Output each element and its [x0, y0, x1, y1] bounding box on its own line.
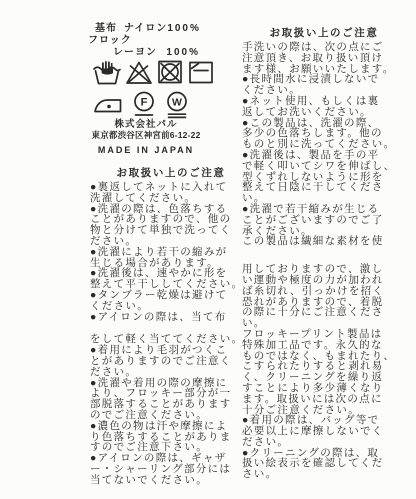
company-address: 東京都渋谷区神宮前6-12-22	[80, 130, 212, 141]
care-notice-right: お取扱い上のご注意 手洗いの際は、次の点にご注意頂き、お取り扱い頂けます様、お願…	[242, 27, 406, 480]
text-line: ●濃色の物は汗や摩擦によ	[90, 421, 252, 432]
dry-clean-f-icon: F	[131, 90, 157, 120]
company-name: 株式会社パル	[80, 119, 212, 130]
notice-heading: お取扱い上のご注意	[242, 27, 406, 39]
text-line: ●洗濯により若干の縮みが	[90, 247, 252, 258]
text-line: で軽く叩いてシワを伸ばし、	[242, 161, 406, 172]
notice-left-bottom: をして軽く当ててください。●着用により毛羽がつくことがありますのでご注意ください…	[90, 334, 252, 485]
text-line: ことがございますのでご了	[242, 215, 406, 226]
iron-low-heat-icon	[92, 90, 124, 116]
text-line: さい。	[242, 469, 406, 480]
notice-right-bottom: 用しておりますので、激しい運動や極度の力が加われば糸切れ、引っかけを招く恐れがあ…	[242, 264, 406, 480]
svg-text:W: W	[172, 97, 182, 109]
text-line: 当てないでください。	[90, 475, 252, 486]
text-line: 整えて日陰に干してくださ	[242, 182, 406, 193]
composition-row: フロック	[88, 35, 200, 47]
text-line: ●アイロンの際は、当て布	[90, 312, 252, 323]
panel-gap	[242, 247, 406, 264]
text-line: 返してお洗いください。	[242, 107, 406, 118]
text-line: ださい。	[90, 367, 252, 378]
company-block: 株式会社パル 東京都渋谷区神宮前6-12-22 MADE IN JAPAN	[80, 119, 212, 155]
composition-row: 基布 ナイロン 100%	[88, 23, 200, 35]
care-symbols-row-2: F W	[92, 90, 215, 120]
composition-part: 基布	[95, 23, 117, 35]
text-line: 注意頂き、お取り扱い頂け	[242, 53, 406, 64]
do-not-tumble-dry-icon	[156, 58, 184, 86]
svg-text:F: F	[141, 97, 148, 109]
text-line: ば糸切れ、引っかけを招く	[242, 286, 406, 297]
notice-right-top: 手洗いの際は、次の点にご注意頂き、お取り扱い頂けます様、お願いいたします。●長時…	[242, 42, 406, 247]
care-notice-left: お取扱い上のご注意 ●裏返してネットに入れて洗濯してください。●洗濯の際は、色落…	[90, 167, 252, 486]
text-line: 特殊加工品です。永久的な	[242, 340, 406, 351]
composition-part: フロック	[88, 35, 132, 47]
notice-left-top: ●裏返してネットに入れて洗濯してください。●洗濯の際は、色落ちすることがあります…	[90, 182, 252, 322]
care-symbols: F W	[92, 58, 215, 120]
text-line: 洗濯してください。	[90, 193, 252, 204]
wet-clean-w-icon: W	[164, 90, 190, 120]
text-line: ください。	[90, 301, 252, 312]
country-of-origin: MADE IN JAPAN	[80, 145, 212, 155]
composition-percent: 100%	[167, 23, 201, 35]
text-line: の際に十分にご注意くださ	[242, 307, 406, 318]
flat-dry-in-shade-icon	[187, 58, 215, 86]
hand-wash-icon	[92, 58, 122, 86]
text-line: この製品は繊細な素材を使	[242, 236, 406, 247]
text-line: ます。取扱いには次の点に	[242, 394, 406, 405]
care-label: 基布 ナイロン 100% フロック レーヨン 100%	[0, 0, 416, 499]
do-not-bleach-icon	[125, 58, 153, 86]
fabric-composition: 基布 ナイロン 100% フロック レーヨン 100%	[88, 23, 200, 59]
notice-heading: お取扱い上のご注意	[90, 167, 252, 179]
composition-material: ナイロン	[124, 23, 167, 35]
care-symbols-row-1	[92, 58, 215, 86]
